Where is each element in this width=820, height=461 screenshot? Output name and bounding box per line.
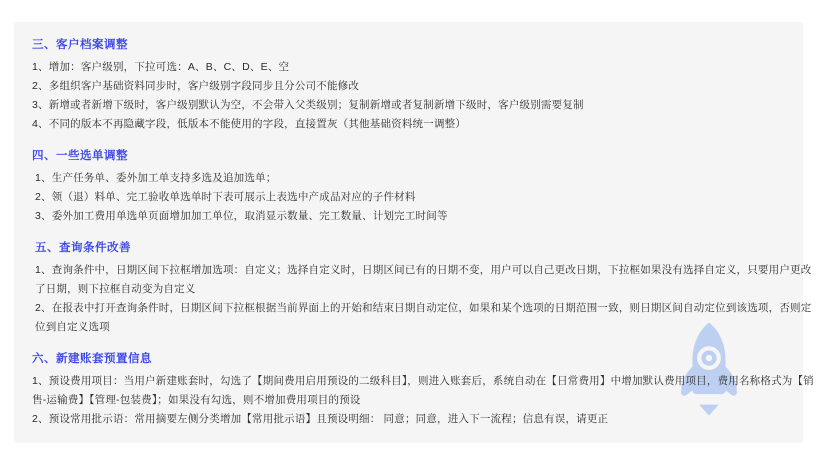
list-item-line: 2、领（退）料单、完工验收单选单时下表可展示上表选中产成品对应的子件材料 — [35, 188, 785, 207]
list-item-line: 4、不同的版本不再隐藏字段，低版本不能使用的字段，直接置灰（其他基础资料统一调整… — [32, 115, 785, 134]
list-item-line: 1、查询条件中，日期区间下拉框增加选项：自定义；选择自定义时，日期区间已有的日期… — [35, 261, 785, 280]
list-item-line: 售-运输费】【管理-包装费】；如果没有勾选，则不增加费用项目的预设 — [32, 391, 785, 410]
list-item-line: 1、增加：客户级别，下拉可选：A、B、C、D、E、空 — [32, 58, 785, 77]
section: 五、查询条件改善1、查询条件中，日期区间下拉框增加选项：自定义；选择自定义时，日… — [32, 239, 785, 337]
section-title: 六、新建账套预置信息 — [32, 350, 785, 368]
section-title: 三、客户档案调整 — [32, 36, 785, 54]
list-item-line: 了日期，则下拉框自动变为自定义 — [35, 280, 785, 299]
list-item-line: 1、生产任务单、委外加工单支持多选及追加选单； — [35, 169, 785, 188]
list-item-line: 1、预设费用项目：当用户新建账套时，勾选了【期间费用启用预设的二级科目】，则进入… — [32, 372, 785, 391]
section: 四、一些选单调整1、生产任务单、委外加工单支持多选及追加选单；2、领（退）料单、… — [32, 147, 785, 226]
section: 六、新建账套预置信息1、预设费用项目：当用户新建账套时，勾选了【期间费用启用预设… — [32, 350, 785, 429]
section-title: 五、查询条件改善 — [35, 239, 785, 257]
list-item-line: 3、委外加工费用单选单页面增加加工单位，取消显示数量、完工数量、计划完工时间等 — [35, 207, 785, 226]
list-item-line: 2、在报表中打开查询条件时，日期区间下拉框根据当前界面上的开始和结束日期自动定位… — [35, 299, 785, 318]
list-item-line: 2、多组织客户基础资料同步时，客户级别字段同步且分公司不能修改 — [32, 77, 785, 96]
content-panel: 三、客户档案调整1、增加：客户级别，下拉可选：A、B、C、D、E、空2、多组织客… — [14, 22, 803, 443]
list-item-line: 3、新增或者新增下级时，客户级别默认为空，不会带入父类级别；复制新增或者复制新增… — [32, 96, 785, 115]
release-notes-sections: 三、客户档案调整1、增加：客户级别，下拉可选：A、B、C、D、E、空2、多组织客… — [32, 36, 785, 429]
list-item-line: 2、预设常用批示语：常用摘要左侧分类增加【常用批示语】且预设明细： 同意；同意，… — [32, 410, 785, 429]
section: 三、客户档案调整1、增加：客户级别，下拉可选：A、B、C、D、E、空2、多组织客… — [32, 36, 785, 134]
section-title: 四、一些选单调整 — [32, 147, 785, 165]
list-item-line: 位到自定义选项 — [35, 318, 785, 337]
